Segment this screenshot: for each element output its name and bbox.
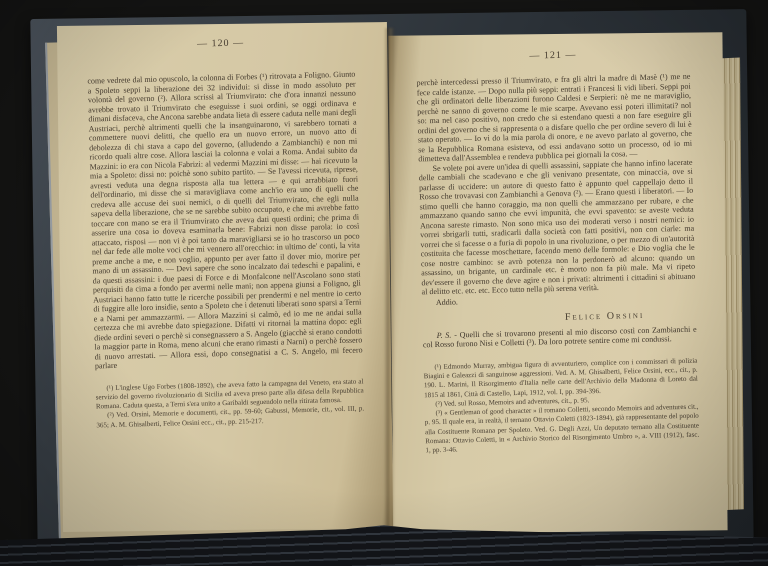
binding-gutter-shadow [384,28,394,530]
left-page-paragraph: come vedrete dal mio opuscolo, la colonn… [87,70,363,371]
page-number-121: — 121 — [416,47,690,65]
book-photo: — 120 — come vedrete dal mio opuscolo, l… [0,0,768,566]
postscript-text: - Quelli che si trovarono presenti al mi… [423,324,697,349]
left-page-body: come vedrete dal mio opuscolo, la colonn… [87,70,363,371]
left-page-footnotes: (¹) L'inglese Ugo Forbes (1808-1892), ch… [95,377,364,430]
postscript: P. S. - Quelli che si trovarono presenti… [423,324,697,350]
right-page-body: perchè intercedessi presso il Triumvirat… [416,72,695,297]
left-page: — 120 — come vedrete dal mio opuscolo, l… [57,22,393,532]
right-page: — 121 — perchè intercedessi presso il Tr… [388,32,727,533]
signature-felice-orsini: Felice Orsini [422,308,696,326]
footnote: (³) « Gentleman of good character » il r… [424,403,699,456]
right-page-footnotes: (¹) Edmondo Murray, ambigua figura di av… [423,356,699,456]
right-page-paragraph: perchè intercedessi presso il Triumvirat… [416,72,692,164]
page-number-120: — 120 — [86,35,354,53]
postscript-label: P. S. [437,330,452,339]
right-page-paragraph: Se volete poi avere un'idea di quelli as… [418,157,695,297]
